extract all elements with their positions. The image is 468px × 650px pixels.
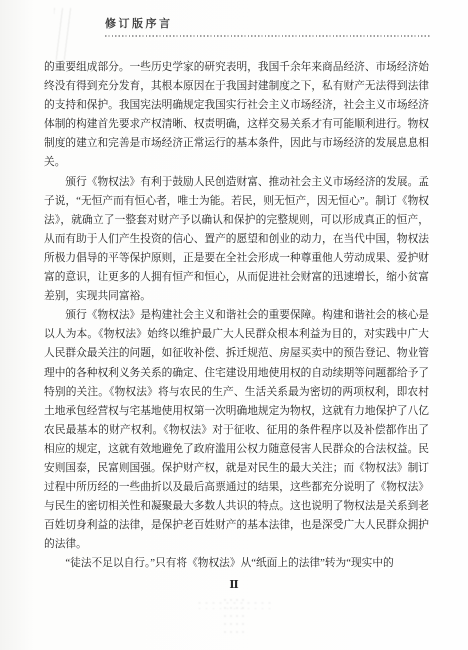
body-paragraph: 颁行《物权法》有利于鼓励人民创造财富、推动社会主义市场经济的发展。孟子说，“无恒… bbox=[44, 173, 429, 307]
page-number: Ⅱ bbox=[0, 578, 468, 591]
preface-title: 修订版序言 bbox=[105, 15, 431, 31]
body-paragraph: 颁行《物权法》是构建社会主义和谐社会的重要保障。构建和谐社会的核心是以人为本。《… bbox=[44, 306, 429, 554]
page-header: 修订版序言 bbox=[105, 15, 431, 37]
scanned-book-page: 修订版序言 的重要组成部分。一些历史学家的研究表明，我国千余年来商品经济、市场经… bbox=[0, 0, 468, 650]
preface-body: 的重要组成部分。一些历史学家的研究表明，我国千余年来商品经济、市场经济始终没有得… bbox=[44, 58, 429, 574]
scan-artifact-streaks bbox=[54, 8, 72, 60]
body-paragraph: “徒法不足以自行。”只有将《物权法》从“纸面上的法律”转为“现实中的 bbox=[44, 554, 429, 573]
dotted-header-rule bbox=[105, 35, 431, 37]
body-paragraph: 的重要组成部分。一些历史学家的研究表明，我国千余年来商品经济、市场经济始终没有得… bbox=[44, 58, 429, 173]
scan-artifact-bleedthrough bbox=[222, 596, 246, 638]
